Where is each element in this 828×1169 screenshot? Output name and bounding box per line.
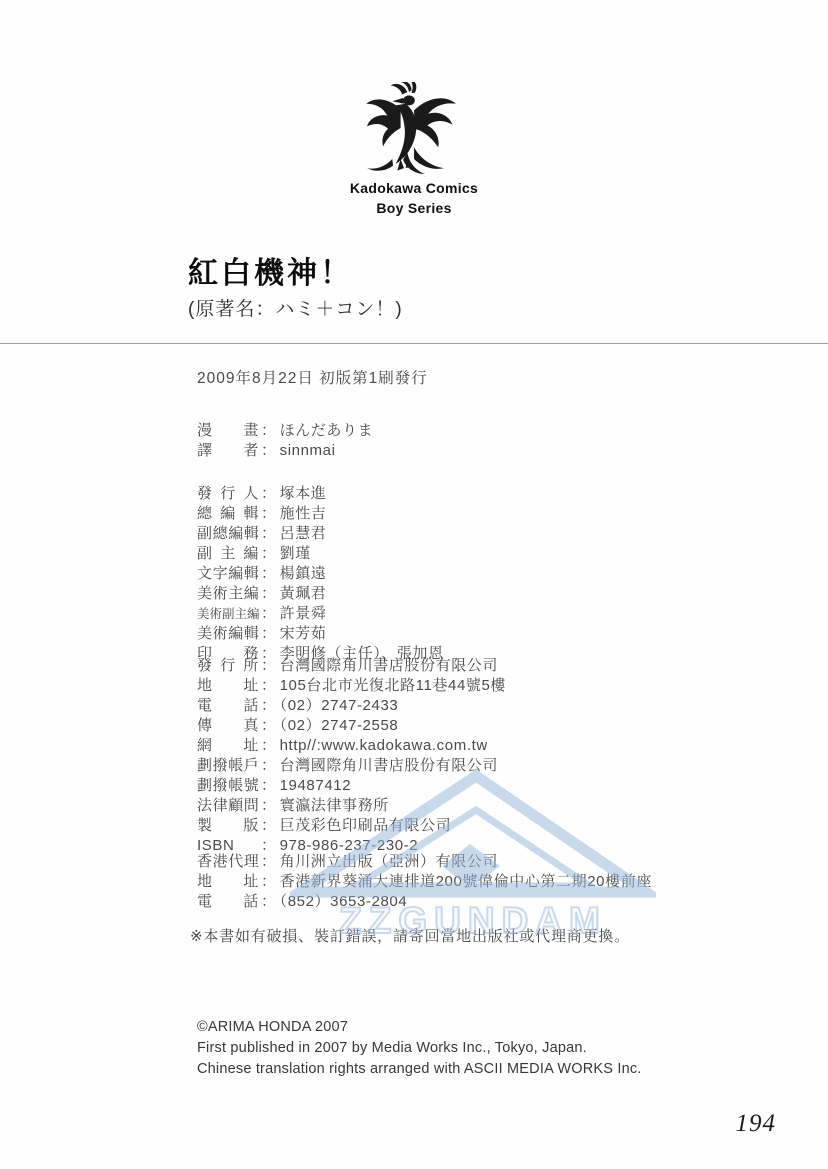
credit-row: 香港代理：角川洲立出版（亞洲）有限公司 [197, 852, 652, 872]
credit-value: 角川洲立出版（亞洲）有限公司 [280, 853, 498, 870]
credit-row: 網址：http//:www.kadokawa.com.tw [197, 736, 506, 756]
credit-value: sinnmai [280, 442, 336, 459]
credit-label: 地址 [197, 676, 259, 696]
brand-line2: Boy Series [350, 198, 478, 218]
credit-value: 黃珮君 [280, 585, 327, 602]
replacement-note: ※本書如有破損、裝訂錯誤，請寄回當地出版社或代理商更換。 [190, 925, 630, 946]
staff-credits-1: 漫畫：ほんだありま 譯者：sinnmai [197, 421, 373, 461]
credit-colon: ： [261, 677, 277, 694]
credit-label: 漫畫 [197, 421, 259, 441]
credit-label: 電話 [197, 696, 259, 716]
colophon-page: Kadokawa Comics Boy Series 紅白機神！ (原著名：ハミ… [0, 0, 828, 1169]
credit-row: 劃撥帳號：19487412 [197, 776, 506, 796]
credit-colon: ： [261, 797, 277, 814]
credit-value: 許景舜 [280, 605, 327, 622]
credit-colon: ： [261, 525, 277, 542]
credit-value: http//:www.kadokawa.com.tw [280, 737, 488, 754]
credit-row: 劃撥帳戶：台灣國際角川書店股份有限公司 [197, 756, 506, 776]
credit-value: 台灣國際角川書店股份有限公司 [280, 657, 498, 674]
credit-value: 楊鎮遠 [280, 565, 327, 582]
credit-colon: ： [261, 422, 277, 439]
book-title: 紅白機神！ [188, 256, 403, 292]
credit-label: 劃撥帳戶 [197, 756, 259, 776]
copyright-line: Chinese translation rights arranged with… [197, 1059, 642, 1080]
credit-label: 美術主編 [197, 584, 259, 604]
copyright-line: First published in 2007 by Media Works I… [197, 1038, 642, 1059]
credit-value: 寰瀛法律事務所 [280, 797, 389, 814]
credit-value: （02）2747-2433 [280, 697, 399, 714]
credit-colon: ： [261, 585, 277, 602]
credit-label: 地址 [197, 872, 259, 892]
credit-colon: ： [261, 505, 277, 522]
credit-label: 譯者 [197, 441, 259, 461]
credit-row: 地址：香港新界葵涌大連排道200號偉倫中心第二期20樓前座 [197, 872, 652, 892]
credit-colon: ： [261, 777, 277, 794]
credit-row: 發行所：台灣國際角川書店股份有限公司 [197, 656, 506, 676]
credit-colon: ： [261, 625, 277, 642]
page-number: 194 [736, 1110, 777, 1138]
divider-rule [0, 343, 828, 344]
credit-value: 塚本進 [280, 485, 327, 502]
credit-label: 發行人 [197, 484, 259, 504]
credit-colon: ： [261, 757, 277, 774]
original-title: (原著名：ハミ＋コン！) [188, 294, 403, 321]
phoenix-icon [355, 82, 473, 174]
copyright-line: ©ARIMA HONDA 2007 [197, 1017, 642, 1038]
credit-value: 19487412 [280, 777, 352, 794]
credit-value: （02）2747-2558 [280, 717, 399, 734]
credit-colon: ： [261, 697, 277, 714]
credit-row: 譯者：sinnmai [197, 441, 373, 461]
credit-row: 副主編：劉瑾 [197, 544, 444, 564]
credit-row: 製版：巨茂彩色印刷品有限公司 [197, 816, 506, 836]
credit-value: ほんだありま [280, 422, 374, 439]
credit-colon: ： [261, 873, 277, 890]
credit-value: 台灣國際角川書店股份有限公司 [280, 757, 498, 774]
credit-label: 製版 [197, 816, 259, 836]
credit-colon: ： [261, 737, 277, 754]
credit-colon: ： [261, 853, 277, 870]
credit-value: 香港新界葵涌大連排道200號偉倫中心第二期20樓前座 [280, 873, 652, 890]
credit-value: 巨茂彩色印刷品有限公司 [280, 817, 452, 834]
credit-row: 地址：105台北市光復北路11巷44號5樓 [197, 676, 506, 696]
credit-label: 劃撥帳號 [197, 776, 259, 796]
credit-value: 105台北市光復北路11巷44號5樓 [280, 677, 506, 694]
credit-label: 副總編輯 [197, 524, 259, 544]
credit-label: 電話 [197, 892, 259, 912]
copyright-block: ©ARIMA HONDA 2007 First published in 200… [197, 1017, 642, 1080]
credit-colon: ： [261, 893, 277, 910]
credit-row: 傳真：（02）2747-2558 [197, 716, 506, 736]
credit-value: 呂慧君 [280, 525, 327, 542]
credit-colon: ： [261, 605, 277, 622]
credit-value: 施性吉 [280, 505, 327, 522]
credit-colon: ： [261, 545, 277, 562]
edition-line: 2009年8月22日 初版第1刷發行 [197, 366, 428, 388]
credit-label: 美術副主編 [197, 604, 259, 624]
credit-row: 總編輯：施性吉 [197, 504, 444, 524]
credit-colon: ： [261, 817, 277, 834]
credit-colon: ： [261, 657, 277, 674]
title-block: 紅白機神！ (原著名：ハミ＋コン！) [188, 256, 403, 321]
credit-row: 美術副主編：許景舜 [197, 604, 444, 624]
credit-row: 副總編輯：呂慧君 [197, 524, 444, 544]
credit-value: 宋芳茹 [280, 625, 327, 642]
credit-colon: ： [261, 717, 277, 734]
credit-label: 總編輯 [197, 504, 259, 524]
credit-value: 劉瑾 [280, 545, 311, 562]
credit-colon: ： [261, 565, 277, 582]
credit-colon: ： [261, 442, 277, 459]
credit-label: 法律顧問 [197, 796, 259, 816]
credit-row: 美術編輯：宋芳茹 [197, 624, 444, 644]
credit-row: 文字編輯：楊鎮遠 [197, 564, 444, 584]
credit-colon: ： [261, 485, 277, 502]
brand-line1: Kadokawa Comics [350, 178, 478, 198]
credit-row: 漫畫：ほんだありま [197, 421, 373, 441]
credit-label: 網址 [197, 736, 259, 756]
credit-label: 副主編 [197, 544, 259, 564]
staff-credits-2: 發行人：塚本進 總編輯：施性吉 副總編輯：呂慧君 副主編：劉瑾 文字編輯：楊鎮遠… [197, 484, 444, 664]
publisher-info: 發行所：台灣國際角川書店股份有限公司 地址：105台北市光復北路11巷44號5樓… [197, 656, 506, 856]
credit-label: 香港代理 [197, 852, 259, 872]
hk-agent-info: 香港代理：角川洲立出版（亞洲）有限公司 地址：香港新界葵涌大連排道200號偉倫中… [197, 852, 652, 912]
credit-value: （852）3653-2804 [280, 893, 408, 910]
credit-row: 法律顧問：寰瀛法律事務所 [197, 796, 506, 816]
publisher-logo: Kadokawa Comics Boy Series [0, 82, 828, 218]
credit-label: 文字編輯 [197, 564, 259, 584]
credit-row: 電話：（02）2747-2433 [197, 696, 506, 716]
credit-row: 電話：（852）3653-2804 [197, 892, 652, 912]
credit-row: 美術主編：黃珮君 [197, 584, 444, 604]
credit-label: 傳真 [197, 716, 259, 736]
credit-row: 發行人：塚本進 [197, 484, 444, 504]
credit-label: 美術編輯 [197, 624, 259, 644]
credit-label: 發行所 [197, 656, 259, 676]
